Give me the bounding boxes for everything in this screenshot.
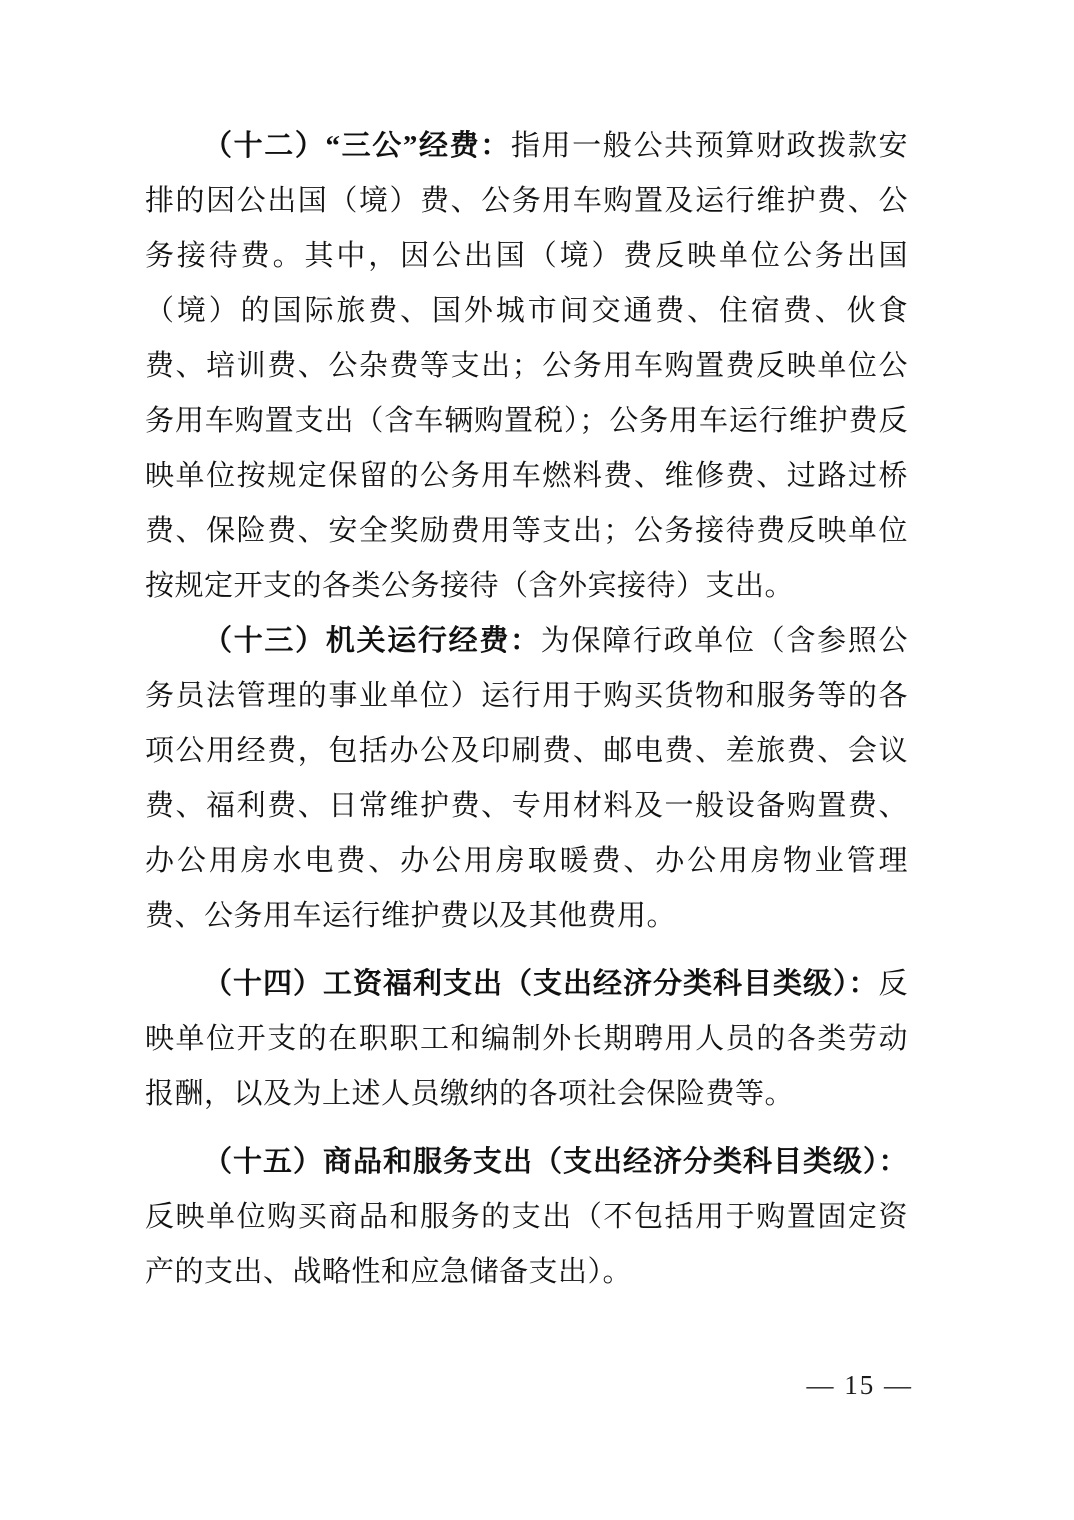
para-item-12-sangong-funds: （十二）“三公”经费：指用一般公共预算财政拨款安排的因公出国（境）费、公务用车购… (145, 119, 908, 614)
para-item-12-definition: 指用一般公共预算财政拨款安排的因公出国（境）费、公务用车购置及运行维护费、公务接… (145, 130, 908, 602)
para-item-15-definition: 反映单位购买商品和服务的支出（不包括用于购置固定资产的支出、战略性和应急储备支出… (145, 1201, 908, 1288)
para-item-13-term: （十三）机关运行经费： (203, 625, 541, 657)
page-content: （十二）“三公”经费：指用一般公共预算财政拨款安排的因公出国（境）费、公务用车购… (145, 119, 908, 1300)
para-item-13-definition: 为保障行政单位（含参照公务员法管理的事业单位）运行用于购买货物和服务等的各项公用… (145, 625, 908, 932)
para-item-12-term: （十二）“三公”经费： (203, 130, 511, 162)
para-item-14-wage-welfare-expenditure: （十四）工资福利支出（支出经济分类科目类级）：反映单位开支的在职职工和编制外长期… (145, 957, 908, 1122)
para-item-15-goods-services-expenditure: （十五）商品和服务支出（支出经济分类科目类级）：反映单位购买商品和服务的支出（不… (145, 1135, 908, 1300)
para-item-14-term: （十四）工资福利支出（支出经济分类科目类级）： (203, 968, 878, 1000)
document-page: （十二）“三公”经费：指用一般公共预算财政拨款安排的因公出国（境）费、公务用车购… (0, 0, 1074, 1520)
para-item-15-term: （十五）商品和服务支出（支出经济分类科目类级）： (203, 1146, 908, 1178)
para-item-13-agency-operating-funds: （十三）机关运行经费：为保障行政单位（含参照公务员法管理的事业单位）运行用于购买… (145, 614, 908, 944)
page-number: — 15 — (807, 1370, 914, 1400)
